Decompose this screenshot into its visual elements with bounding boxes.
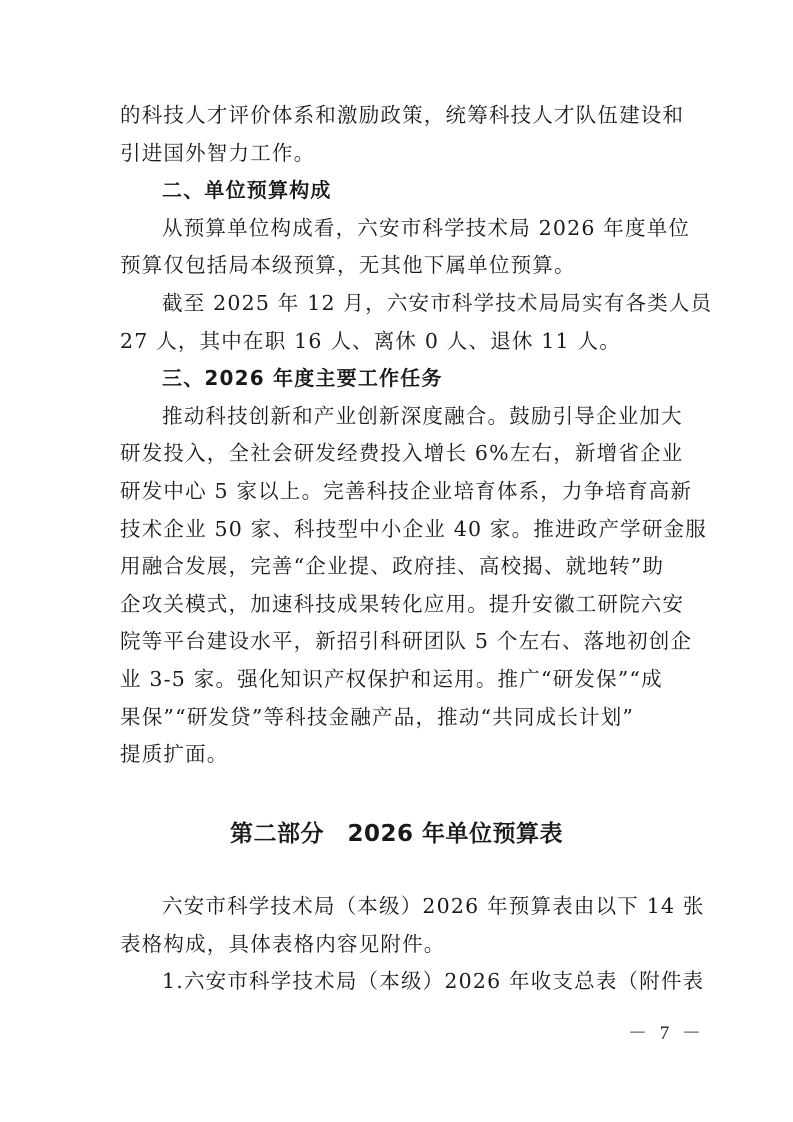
text-line: 预算仅包括局本级预算，无其他下属单位预算。: [120, 247, 676, 285]
text-line: 引进国外智力工作。: [120, 135, 676, 173]
part-title: 第二部分 2026 年单位预算表: [0, 814, 793, 854]
text-line: 业 3-5 家。强化知识产权保护和运用。推广“研发保”“成: [120, 661, 676, 699]
page-number: － 7 －: [628, 1018, 705, 1045]
text-line: 的科技人才评价体系和激励政策，统筹科技人才队伍建设和: [120, 97, 676, 135]
list-item: 1.六安市科学技术局（本级）2026 年收支总表（附件表: [120, 963, 676, 1001]
text-line: 研发中心 5 家以上。完善科技企业培育体系，力争培育高新: [120, 473, 676, 511]
text-line: 技术企业 50 家、科技型中小企业 40 家。推进政产学研金服: [120, 511, 676, 549]
text-line: 从预算单位构成看，六安市科学技术局 2026 年度单位: [120, 210, 676, 248]
text-line: 提质扩面。: [120, 736, 676, 774]
text-line: 用融合发展，完善“企业提、政府挂、高校揭、就地转”助: [120, 548, 676, 586]
text-line: 推动科技创新和产业创新深度融合。鼓励引导企业加大: [120, 398, 676, 436]
section-heading-main-tasks: 三、2026 年度主要工作任务: [120, 360, 676, 398]
section-heading-budget-structure: 二、单位预算构成: [120, 172, 676, 210]
text-line: 果保”“研发贷”等科技金融产品，推动“共同成长计划”: [120, 699, 676, 737]
text-line: 六安市科学技术局（本级）2026 年预算表由以下 14 张: [120, 888, 676, 926]
text-line: 企攻关模式，加速科技成果转化应用。提升安徽工研院六安: [120, 586, 676, 624]
document-page: 的科技人才评价体系和激励政策，统筹科技人才队伍建设和 引进国外智力工作。 二、单…: [0, 0, 793, 1122]
text-line: 表格构成，具体表格内容见附件。: [120, 926, 676, 964]
text-line: 院等平台建设水平，新招引科研团队 5 个左右、落地初创企: [120, 623, 676, 661]
body-text: 的科技人才评价体系和激励政策，统筹科技人才队伍建设和 引进国外智力工作。 二、单…: [120, 97, 676, 774]
text-line: 27 人，其中在职 16 人、离休 0 人、退休 11 人。: [120, 323, 676, 361]
part2-body-text: 六安市科学技术局（本级）2026 年预算表由以下 14 张 表格构成，具体表格内…: [120, 888, 676, 1001]
text-line: 研发投入，全社会研发经费投入增长 6%左右，新增省企业: [120, 435, 676, 473]
text-line: 截至 2025 年 12 月，六安市科学技术局局实有各类人员: [120, 285, 676, 323]
